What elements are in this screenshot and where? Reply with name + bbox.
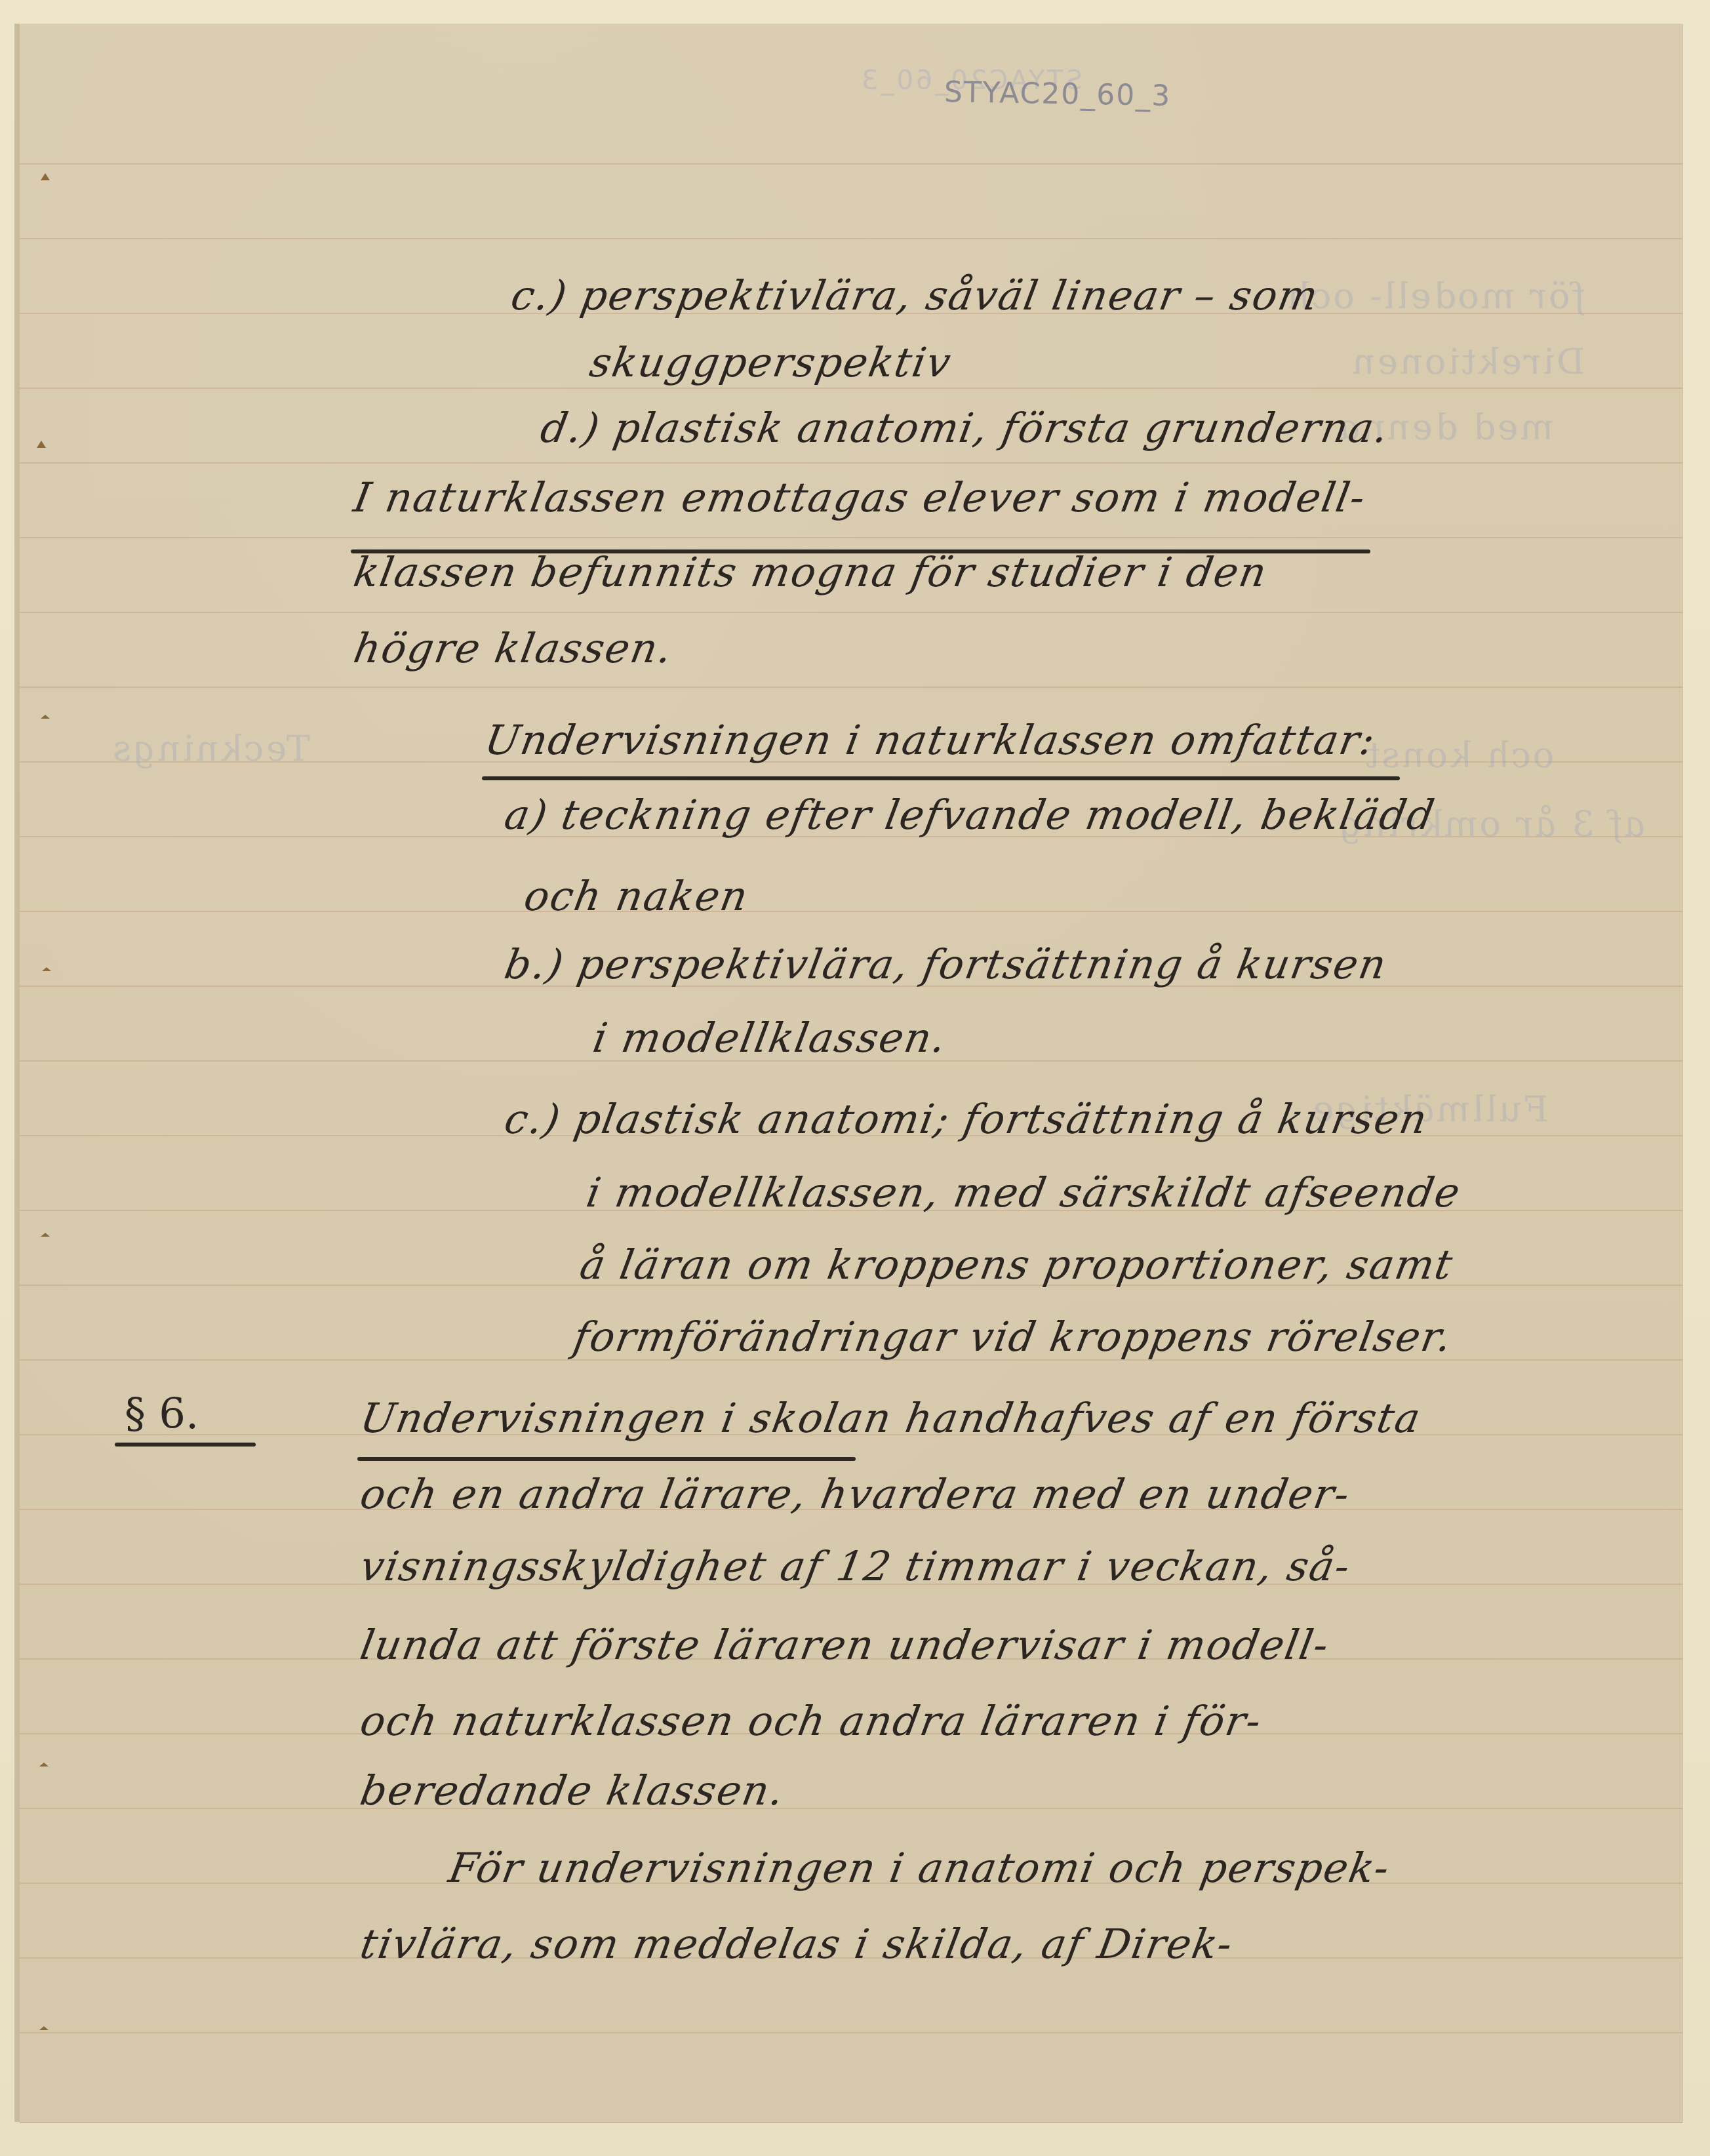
ruled-line (20, 1808, 1682, 1809)
manuscript-line: å läran om kroppens proportioner, samt (577, 1245, 1456, 1285)
manuscript-line: Undervisningen i naturklassen omfattar: (482, 720, 1379, 761)
ruled-line (20, 687, 1682, 688)
manuscript-line: För undervisningen i anatomi och perspek… (446, 1848, 1393, 1888)
ink-underline (482, 776, 1400, 780)
margin-tack-mark (39, 2026, 49, 2030)
ruled-line (20, 537, 1682, 538)
ruled-line (20, 612, 1682, 613)
manuscript-line: visningsskyldighet af 12 timmar i veckan… (357, 1546, 1354, 1587)
ruled-line (20, 163, 1682, 165)
manuscript-line: och naken (521, 876, 752, 917)
margin-tack-mark (42, 967, 51, 971)
manuscript-line: I naturklassen emottagas elever som i mo… (351, 477, 1369, 518)
bleed-through-text: Tecknings (108, 728, 313, 769)
manuscript-line: d.) plastisk anatomi, första grunderna. (538, 408, 1393, 449)
margin-tack-mark (39, 1763, 49, 1767)
section-number: § 6. (125, 1393, 199, 1435)
manuscript-line: och naturklassen och andra läraren i för… (357, 1701, 1265, 1742)
manuscript-line: formförändringar vid kroppens rörelser. (570, 1317, 1456, 1357)
manuscript-line: högre klassen. (351, 628, 676, 669)
margin-tack-mark (41, 715, 50, 719)
margin-tack-mark (41, 173, 50, 180)
bleed-through-text: för modell- och (1281, 275, 1589, 317)
manuscript-line: klassen befunnits mogna för studier i de… (351, 552, 1271, 593)
ruled-line (20, 462, 1682, 464)
margin-tack-mark (37, 441, 46, 448)
manuscript-line: c.) perspektivlära, såväl linear – som (508, 275, 1322, 316)
ruled-line (20, 388, 1682, 389)
manuscript-line: beredande klassen. (357, 1770, 788, 1811)
manuscript-line: i modellklassen, med särskildt afseende (584, 1172, 1464, 1213)
manuscript-line: a) teckning efter lefvande modell, beklä… (502, 795, 1439, 835)
manuscript-line: b.) perspektivlära, fortsättning å kurse… (502, 944, 1390, 985)
manuscript-line: tivlära, som meddelas i skilda, af Direk… (357, 1924, 1237, 1965)
manuscript-line: och en andra lärare, hvardera med en und… (357, 1474, 1353, 1515)
archive-id-label: STYAC20_60_3 (944, 75, 1172, 113)
manuscript-line: i modellklassen. (590, 1018, 950, 1058)
ink-underline (357, 1457, 856, 1461)
ink-underline (115, 1443, 256, 1447)
margin-tack-mark (41, 1233, 50, 1237)
ruled-line (20, 238, 1682, 239)
ruled-line (20, 911, 1682, 912)
ink-underline (351, 549, 1370, 553)
manuscript-line: c.) plastisk anatomi; fortsättning å kur… (502, 1099, 1431, 1140)
bleed-through-text: Direktionen (1347, 341, 1588, 382)
manuscript-line: skuggperspektiv (587, 342, 955, 383)
manuscript-line: lunda att förste läraren undervisar i mo… (357, 1625, 1332, 1666)
bleed-through-text: och konst (1360, 734, 1558, 776)
ruled-line (20, 2032, 1682, 2033)
manuscript-line: Undervisningen i skolan handhafves af en… (357, 1398, 1424, 1439)
